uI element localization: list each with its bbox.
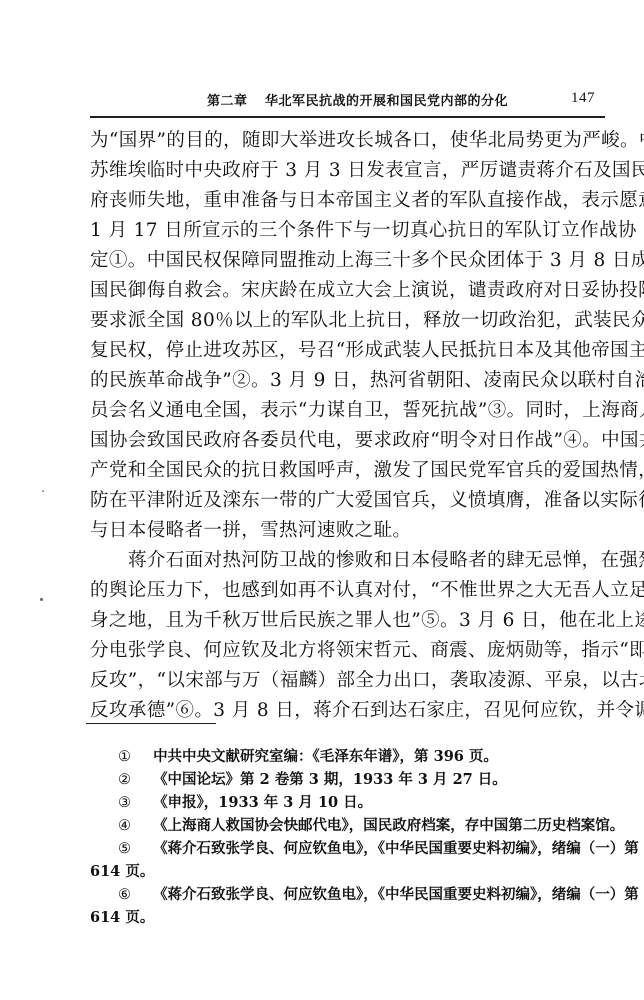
footnote-rule bbox=[86, 723, 216, 724]
chapter-label: 第二章 bbox=[207, 90, 248, 109]
text-line: 分电张学良、何应钦及北方将领宋哲元、商震、庞炳勋等，指示“即断行 bbox=[90, 636, 605, 666]
footnote-text: 《申报》，1933 年 3 月 10 日。 bbox=[153, 794, 372, 811]
footnote-text: 《蒋介石致张学良、何应钦鱼电》，《中华民国重要史料初编》，绪编（一）第 bbox=[153, 840, 639, 857]
footnote-1: ① 中共中央文献研究室编：《毛泽东年谱》，第 396 页。 bbox=[90, 745, 605, 768]
page-number: 147 bbox=[571, 90, 595, 107]
text-line: 为“国界”的目的，随即大举进攻长城各口，使华北局势更为严峻。中华 bbox=[90, 126, 605, 156]
text-line: 复民权，停止进攻苏区，号召“形成武装人民抵抗日本及其他帝国主义 bbox=[90, 336, 605, 366]
footnote-mark: ② bbox=[90, 769, 148, 792]
text-line: 国民御侮自救会。宋庆龄在成立大会上演说，谴责政府对日妥协投降， bbox=[90, 276, 605, 306]
scan-speck bbox=[42, 490, 44, 492]
text-line: 与日本侵略者一拼，雪热河速败之耻。 bbox=[90, 516, 605, 546]
footnote-4: ④ 《上海商人救国协会快邮代电》，国民政府档案，存中国第二历史档案馆。 bbox=[90, 814, 605, 837]
footnote-text: 《中国论坛》第 2 卷第 3 期，1933 年 3 月 27 日。 bbox=[153, 771, 507, 788]
text-line: 的舆论压力下，也感到如再不认真对付，“不惟世界之大无吾人立足容 bbox=[90, 576, 605, 606]
text-line: 国协会致国民政府各委员代电，要求政府“明令对日作战”④。中国共 bbox=[90, 426, 605, 456]
footnote-6: ⑥ 《蒋介石致张学良、何应钦鱼电》，《中华民国重要史料初编》，绪编（一）第 bbox=[90, 883, 605, 906]
footnote-5: ⑤ 《蒋介石致张学良、何应钦鱼电》，《中华民国重要史料初编》，绪编（一）第 bbox=[90, 837, 605, 860]
footnotes: ① 中共中央文献研究室编：《毛泽东年谱》，第 396 页。 ② 《中国论坛》第 … bbox=[90, 745, 605, 929]
footnote-text: 《上海商人救国协会快邮代电》，国民政府档案，存中国第二历史档案馆。 bbox=[153, 817, 624, 834]
text-line: 反攻承德”⑥。3 月 8 日，蒋介石到达石家庄，召见何应钦，并令调驻河 bbox=[90, 696, 605, 726]
text-line: 苏维埃临时中央政府于 3 月 3 日发表宣言，严厉谴责蒋介石及国民政 bbox=[90, 156, 605, 186]
footnote-text: 中共中央文献研究室编：《毛泽东年谱》，第 396 页。 bbox=[153, 748, 498, 765]
footnote-mark: ① bbox=[90, 746, 148, 769]
text-line: 身之地，且为千秋万世后民族之罪人也”⑤。3 月 6 日，他在北上途中 bbox=[90, 606, 605, 636]
paragraph-start-line: 蒋介石面对热河防卫战的惨败和日本侵略者的肆无忌惮，在强烈 bbox=[90, 546, 605, 576]
footnote-text: 《蒋介石致张学良、何应钦鱼电》，《中华民国重要史料初编》，绪编（一）第 bbox=[153, 886, 639, 903]
footnote-mark: ⑥ bbox=[90, 884, 148, 907]
footnote-3: ③ 《申报》，1933 年 3 月 10 日。 bbox=[90, 791, 605, 814]
text-line: 1 月 17 日所宣示的三个条件下与一切真心抗日的军队订立作战协 bbox=[90, 216, 605, 246]
text-line: 的民族革命战争”②。3 月 9 日，热河省朝阳、凌南民众以联村自治委 bbox=[90, 366, 605, 396]
text-line: 防在平津附近及滦东一带的广大爱国官兵，义愤填膺，准备以实际行动 bbox=[90, 486, 605, 516]
footnote-6-continuation: 614 页。 bbox=[90, 906, 605, 929]
footnote-mark: ④ bbox=[90, 815, 148, 838]
text-line: 定①。中国民权保障同盟推动上海三十多个民众团体于 3 月 8 日成立 bbox=[90, 246, 605, 276]
text-line: 员会名义通电全国，表示“力谋自卫，誓死抗战”③。同时，上海商人救 bbox=[90, 396, 605, 426]
text-line: 反攻”，“以宋部与万（福麟）部全力出口，袭取凌源、平泉，以古北口各部 bbox=[90, 666, 605, 696]
running-head: 第二章 华北军民抗战的开展和国民党内部的分化 147 bbox=[90, 88, 605, 114]
text-line: 产党和全国民众的抗日救国呼声，激发了国民党军官兵的爱国热情，驻 bbox=[90, 456, 605, 486]
footnote-5-continuation: 614 页。 bbox=[90, 860, 605, 883]
footnote-2: ② 《中国论坛》第 2 卷第 3 期，1933 年 3 月 27 日。 bbox=[90, 768, 605, 791]
book-page: 第二章 华北军民抗战的开展和国民党内部的分化 147 为“国界”的目的，随即大举… bbox=[0, 0, 644, 1000]
header-rule bbox=[90, 116, 605, 118]
footnote-mark: ③ bbox=[90, 792, 148, 815]
scan-speck bbox=[40, 598, 43, 601]
text-line: 府丧师失地，重申准备与日本帝国主义者的军队直接作战，表示愿意在 bbox=[90, 186, 605, 216]
chapter-title: 华北军民抗战的开展和国民党内部的分化 bbox=[265, 90, 508, 109]
footnote-mark: ⑤ bbox=[90, 838, 148, 861]
text-line: 要求派全国 80％以上的军队北上抗日，释放一切政治犯，武装民众，恢 bbox=[90, 306, 605, 336]
body-text: 为“国界”的目的，随即大举进攻长城各口，使华北局势更为严峻。中华 苏维埃临时中央… bbox=[90, 126, 605, 726]
